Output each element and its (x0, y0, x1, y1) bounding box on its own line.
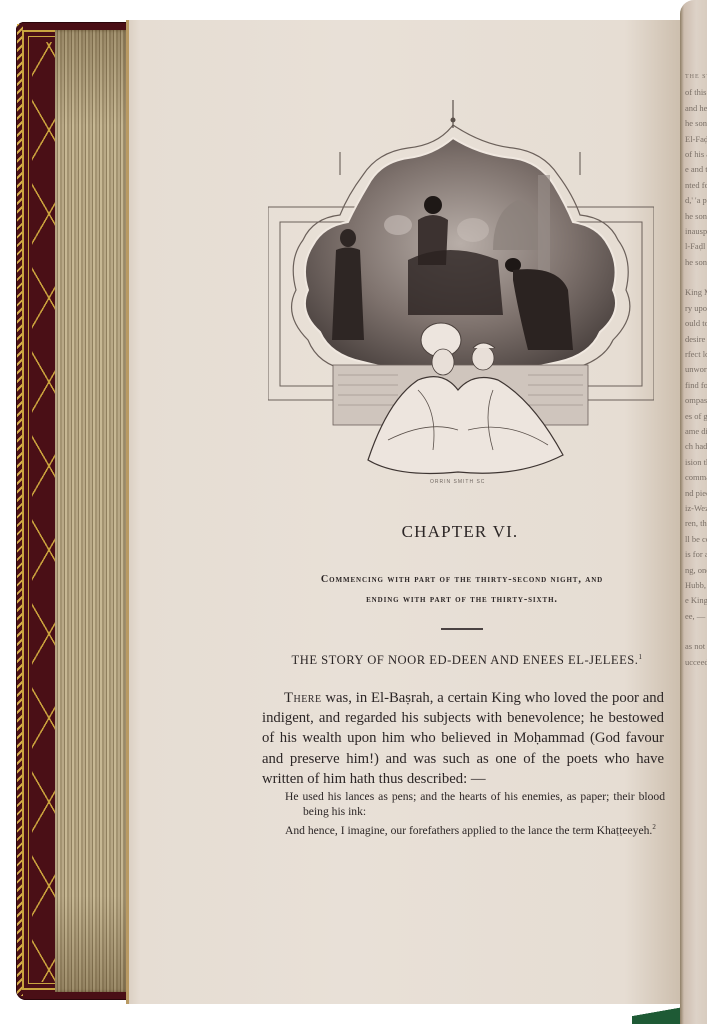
facing-page-line: es of gold to t (685, 409, 707, 424)
facing-page-line: Hubb, and found (685, 578, 707, 593)
facing-page-line: of this King (685, 85, 707, 100)
facing-page-line: as not contradicted (685, 639, 707, 654)
facing-page-edge: THE STORY of this Kingand he had the son… (680, 0, 707, 1024)
page-block-shade (55, 30, 128, 992)
facing-page-line: nted for him (685, 178, 707, 193)
facing-page-header: THE STORY (685, 70, 707, 85)
facing-page-line: he son of Sa (685, 116, 707, 131)
chapter-subtitle-line-1: Commencing with part of the thirty-secon… (262, 570, 662, 590)
paragraph-text: was, in El-Baṣrah, a certain King who lo… (262, 690, 664, 787)
facing-page-line: ng, one of th (685, 563, 707, 578)
section-divider (441, 628, 483, 630)
opening-word: There (284, 690, 322, 706)
facing-page-line: ision the brok (685, 455, 707, 470)
facing-page-line: l-Faḍl ed-Deen (685, 239, 707, 254)
facing-page-line: ould to his W (685, 316, 707, 331)
facing-page-line (685, 624, 707, 639)
gilt-page-edge (126, 20, 129, 1004)
footnote-ref-2: 2 (652, 823, 656, 831)
chapter-illustration (268, 100, 654, 482)
engraving-vignette (268, 100, 654, 482)
chapter-subtitle: Commencing with part of the thirty-secon… (262, 570, 662, 610)
chapter-title: CHAPTER VI. (260, 522, 660, 542)
verse-quote: He used his lances as pens; and the hear… (285, 790, 665, 838)
facing-page-line: nd pieces of gol (685, 486, 707, 501)
facing-page-line: ucceeded by Hala (685, 655, 707, 670)
facing-page-line: he son of Sāw (685, 255, 707, 270)
facing-page-line: he son of Sāw (685, 209, 707, 224)
chapter-subtitle-line-2: ending with part of the thirty-sixth. (262, 590, 662, 610)
verse-line-2: And hence, I imagine, our forefathers ap… (285, 820, 665, 839)
verse-line-2-text: And hence, I imagine, our forefathers ap… (285, 823, 652, 836)
facing-page-line: King Moḥamm (685, 285, 707, 300)
facing-page-line: ee, — (685, 609, 707, 624)
facing-page-line: desire a fema (685, 332, 707, 347)
facing-page-line: find for less t (685, 378, 707, 393)
facing-page-line (685, 270, 707, 285)
opening-paragraph: There was, in El-Baṣrah, a certain King … (262, 688, 664, 789)
facing-page-line: d,' 'a present (685, 193, 707, 208)
facing-page-line: inauspicious a (685, 224, 707, 239)
facing-page-line: iz-Wezeer. (685, 501, 707, 516)
facing-page-line: commanded also th (685, 470, 707, 485)
endpaper-corner (632, 1005, 680, 1024)
story-body: There was, in El-Baṣrah, a certain King … (262, 688, 664, 789)
facing-page-line: ompass collecti (685, 393, 707, 408)
facing-page-line: rfect loveliness (685, 347, 707, 362)
facing-page-line: is for a consid (685, 547, 707, 562)
facing-page-line: ll be completed (685, 532, 707, 547)
facing-page-line: e and the wise (685, 162, 707, 177)
story-title-text: THE STORY OF NOOR ED-DEEN AND ENEES EL-J… (292, 653, 639, 667)
facing-page-text: THE STORY of this Kingand he had the son… (685, 80, 707, 670)
facing-page-line: ry upon his c (685, 301, 707, 316)
story-title: THE STORY OF NOOR ED-DEEN AND ENEES EL-J… (262, 653, 672, 668)
facing-page-line: and he had t (685, 101, 707, 116)
facing-page-line: e King; and he (685, 593, 707, 608)
engraver-credit: ORRIN SMITH SC (430, 479, 485, 485)
facing-page-line: El-Faḍl the (685, 132, 707, 147)
verse-line-1: He used his lances as pens; and the hear… (285, 790, 665, 820)
facing-page-line: ren, therefore, (685, 516, 707, 531)
facing-page-line: ame did so he (685, 424, 707, 439)
facing-page-line: of his age, up (685, 147, 707, 162)
facing-page-line: unworthy qualiti (685, 362, 707, 377)
footnote-ref-1: 1 (638, 653, 642, 661)
facing-page-line: ch had ordere (685, 439, 707, 454)
